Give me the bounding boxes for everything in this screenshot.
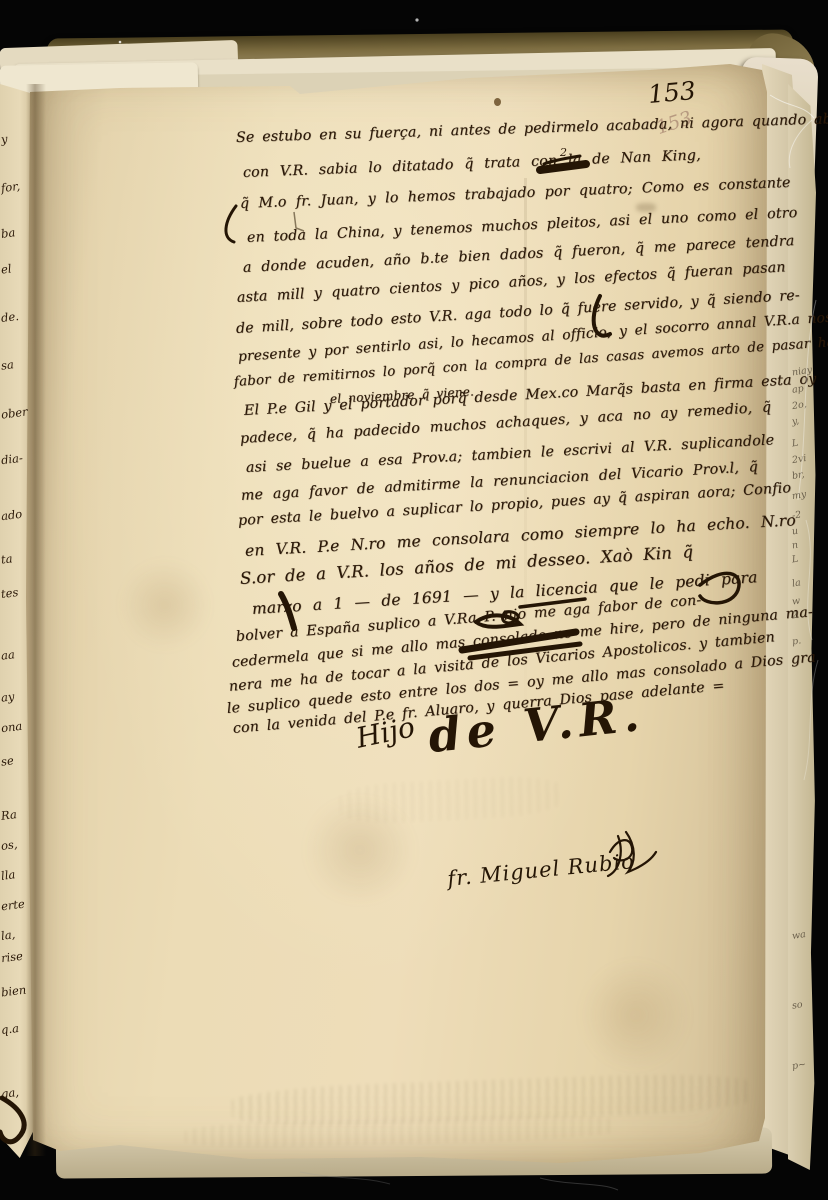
left-edge-text-fragment: rise	[0, 949, 23, 966]
left-edge-text-fragment: os,	[0, 837, 18, 853]
right-edge-text-fragment: p~	[791, 1059, 807, 1072]
gutter-fold-shadow	[26, 84, 46, 1156]
left-edge-text-fragment: aa	[0, 647, 15, 663]
left-edge-text-fragment: ba	[0, 225, 16, 241]
left-edge-text-fragment: y	[0, 132, 8, 147]
left-edge-text-fragment: ona	[0, 719, 23, 735]
right-edge-text-fragment: br,	[791, 469, 805, 482]
left-edge-text-fragment: dia-	[0, 451, 23, 468]
right-edge-text-fragment: y,	[791, 416, 800, 428]
folio-number-ink: 153	[647, 76, 697, 109]
left-edge-text-fragment: ay	[0, 689, 15, 705]
right-edge-text-fragment: 2o,	[791, 399, 807, 412]
manuscript-scan: 153 153 2 Se estubo en su fuerça, ni ant…	[0, 0, 828, 1200]
right-edge-text-fragment: wa	[791, 929, 806, 942]
foxing-stain	[580, 960, 690, 1070]
left-edge-text-fragment: sa	[0, 357, 14, 372]
right-edge-text-fragment: -2	[791, 509, 802, 521]
foxing-stain	[120, 560, 210, 650]
ink-spot	[494, 98, 501, 106]
left-edge-text-fragment: lla	[0, 867, 16, 883]
right-edge-text-fragment: ap	[791, 383, 804, 396]
left-edge-text-fragment: se	[0, 753, 14, 768]
left-edge-text-fragment: for,	[0, 179, 21, 195]
left-edge-text-fragment: ga,	[0, 1085, 19, 1101]
right-edge-text-fragment: p.	[791, 635, 802, 647]
right-edge-text-fragment: w	[791, 595, 801, 607]
left-edge-text-fragment: erte	[0, 897, 25, 914]
right-edge-text-fragment: la	[791, 577, 801, 589]
left-edge-text-fragment: Ra	[0, 807, 17, 823]
right-edge-text-fragment: 2vi	[791, 453, 807, 466]
right-edge-text-fragment: my	[791, 489, 807, 502]
left-edge-text-fragment: el	[0, 261, 12, 276]
right-edge-text-fragment: so	[791, 999, 803, 1012]
left-edge-text-fragment: tes	[0, 585, 19, 601]
left-edge-text-fragment: la,	[0, 927, 16, 943]
left-edge-text-fragment: ta	[0, 551, 13, 566]
left-edge-text-fragment: de.	[0, 309, 19, 325]
left-edge-text-fragment: q.a	[0, 1021, 19, 1037]
left-edge-text-fragment: ado	[0, 507, 23, 523]
